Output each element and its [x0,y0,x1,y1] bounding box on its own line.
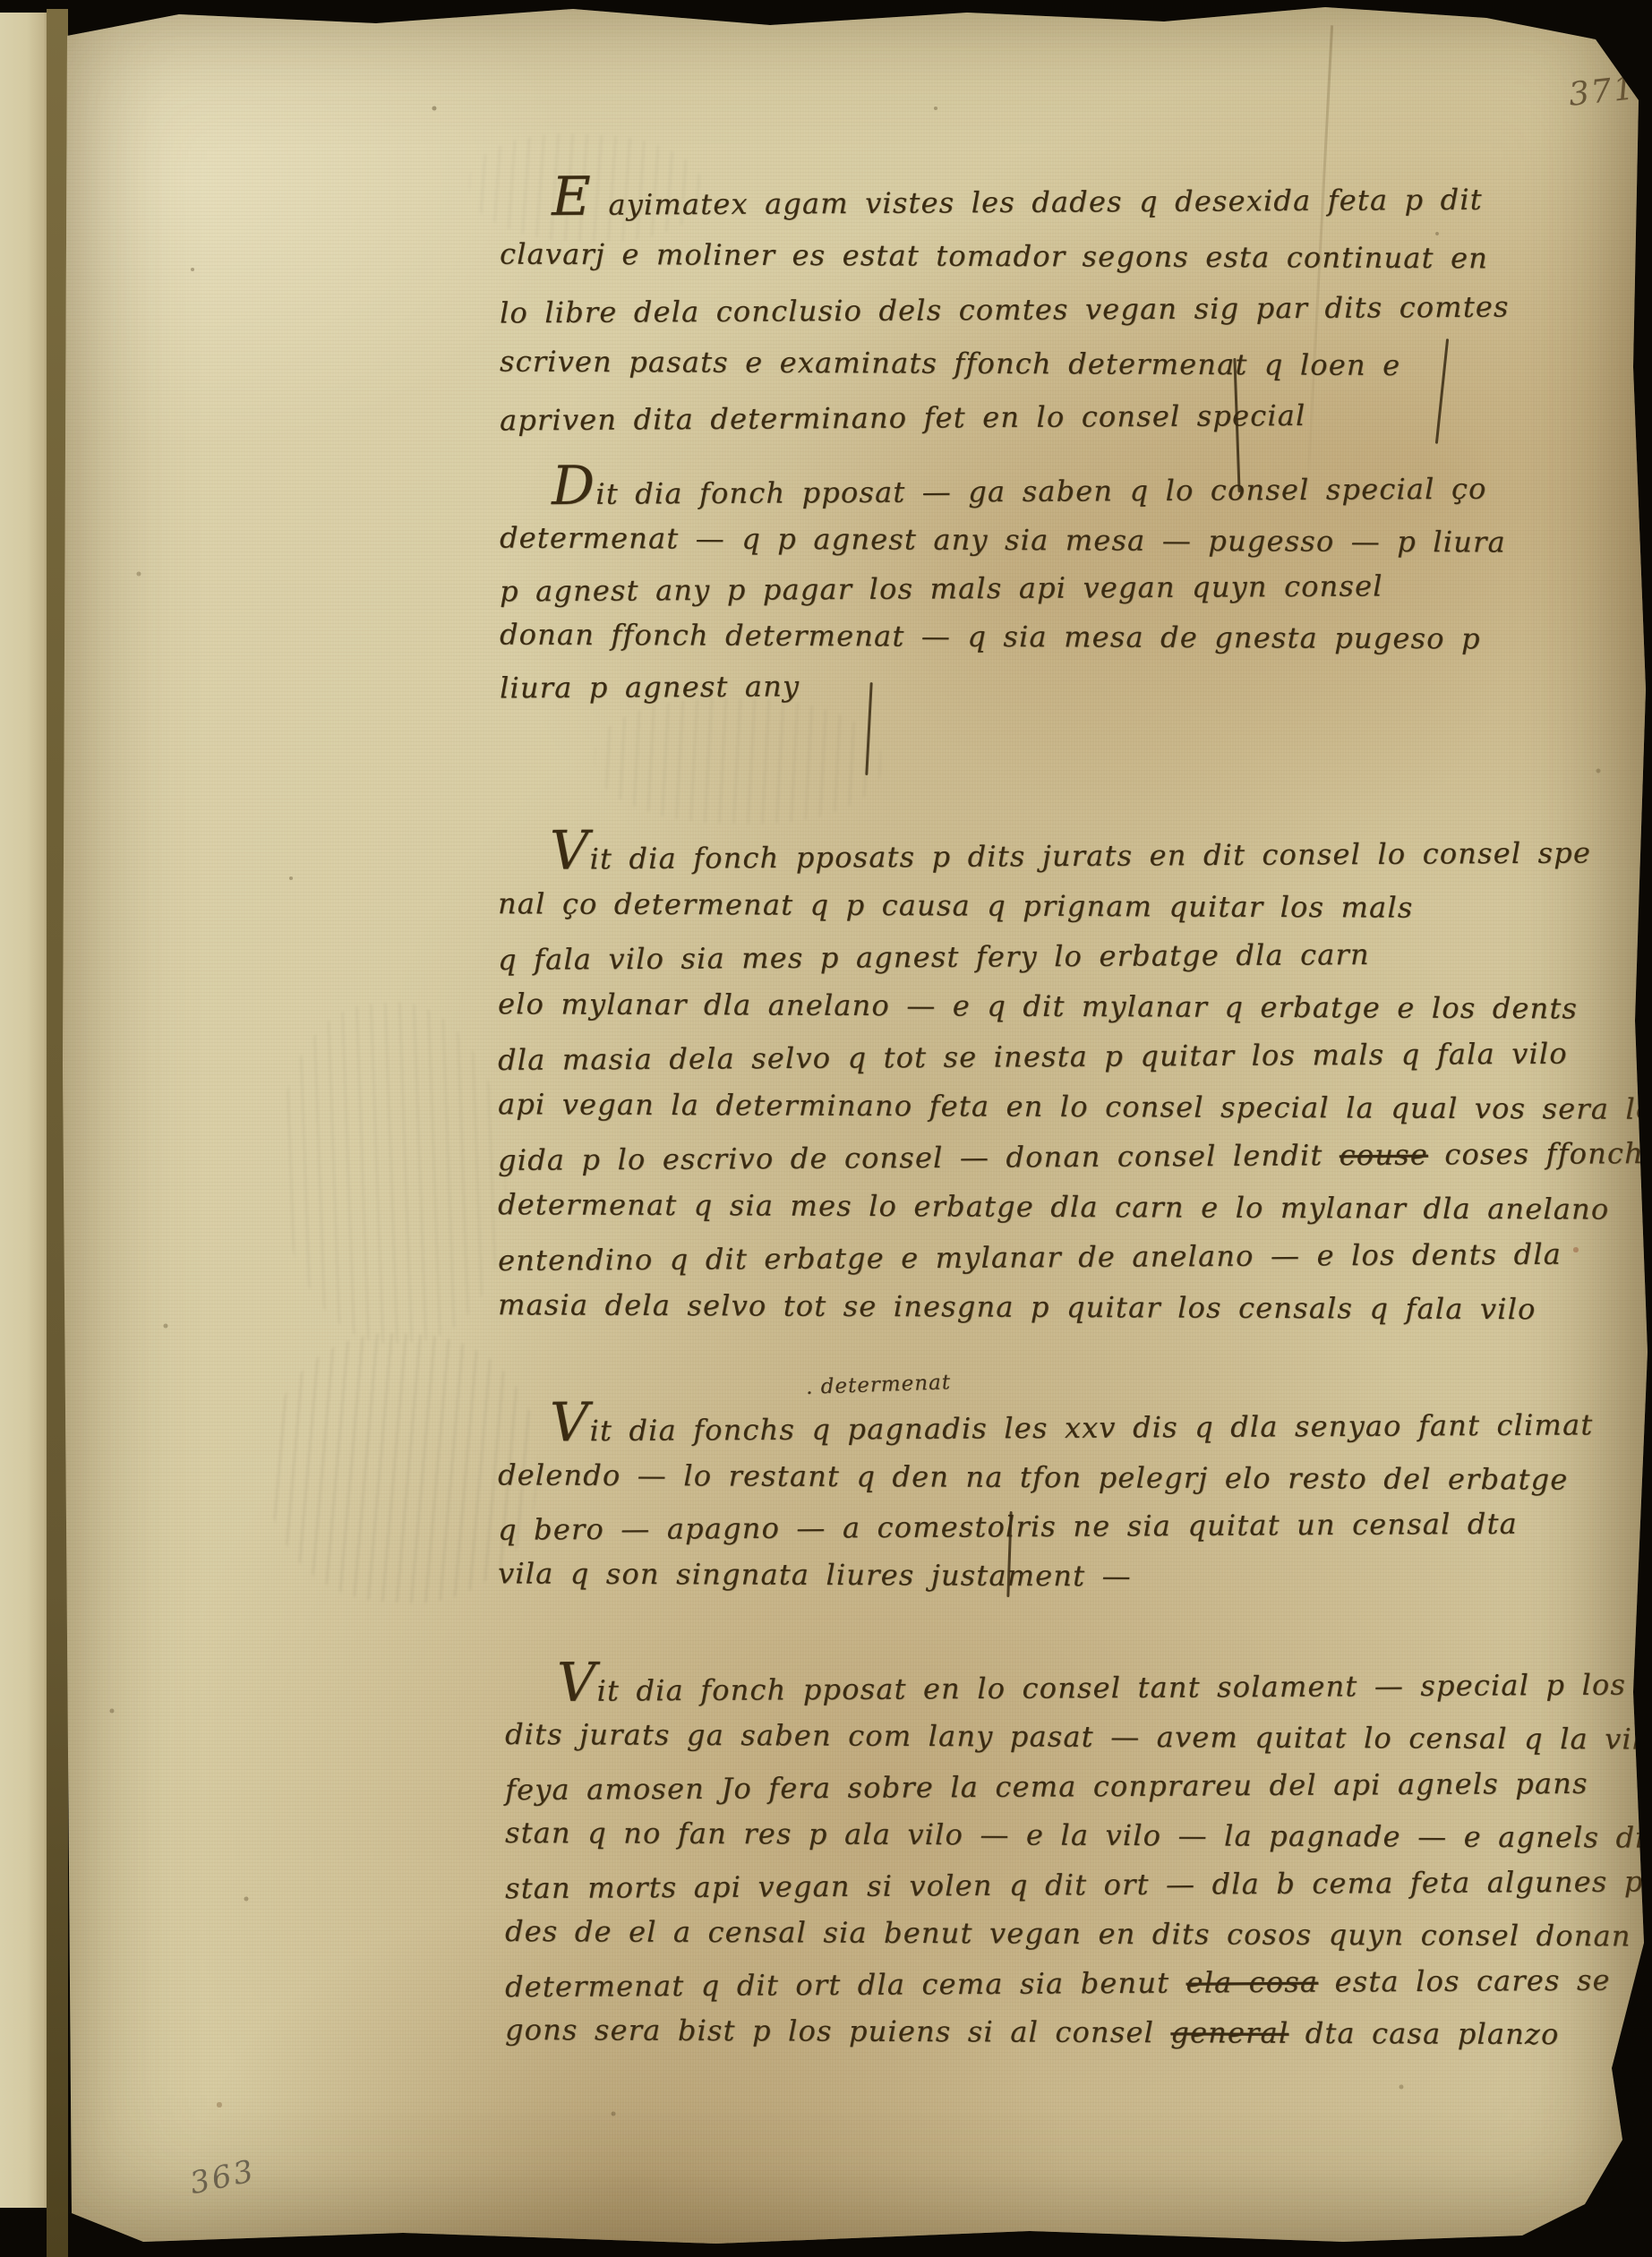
text-line: apriven dita determinano fet en lo conse… [500,388,1510,448]
page-content: 371 E ayimatex agam vistes les dades q d… [57,0,1652,2257]
text-line: api vegan la determinano feta en lo cons… [498,1079,1652,1134]
folio-number: 371 [1567,70,1638,114]
text-line: donan ffonch determenat — q sia mesa de … [500,611,1506,663]
text-line: masia dela selvo tot se inesgna p quitar… [498,1279,1652,1335]
text-line: scriven pasats e examinats ffonch determ… [500,335,1510,393]
paragraph-3: Vit dia fonch pposats p dits jurats en d… [498,831,1652,1332]
text-line: entendino q dit erbatge e mylanar de ane… [498,1228,1652,1286]
text-line-with-strikethrough: gons sera bist p los puiens si al consel… [505,2005,1652,2060]
text-segment: coses ffonch [1428,1136,1644,1171]
paragraph-1: E ayimatex agam vistes les dades q desex… [500,175,1510,444]
paragraph-2: Dit dia fonch pposat — ga saben q lo con… [500,467,1506,709]
struck-word: ela cosa [1186,1965,1318,2000]
text-line-with-strikethrough: gida p lo escrivo de consel — donan cons… [498,1128,1652,1185]
interlinear-correction: . determenat [806,1371,952,1399]
struck-word: couse [1340,1138,1428,1173]
text-line: des de el a censal sia benut vegan en di… [505,1907,1652,1962]
text-line: Vit dia fonch pposat en lo consel tant s… [505,1660,1652,1716]
text-line: determenat — q p agnest any sia mesa — p… [500,514,1506,567]
text-segment: gida p lo escrivo de consel — donan cons… [498,1138,1340,1177]
text-line: dla masia dela selvo q tot se inesta p q… [498,1028,1652,1085]
paragraph-4: Vit dia fonchs q pagnadis les xxv dis q … [498,1404,1593,1601]
text-line: stan q no fan res p ala vilo — e la vilo… [505,1808,1652,1863]
text-line: Vit dia fonch pposats p dits jurats en d… [498,827,1652,885]
text-line: determenat q sia mes lo erbatge dla carn… [498,1179,1652,1235]
text-segment: dta casa planzo [1288,2016,1559,2051]
text-line: clavarj e moliner es estat tomador segon… [500,227,1510,286]
text-line: E ayimatex agam vistes les dades q desex… [500,173,1510,233]
paragraph-5: Vit dia fonch pposat en lo consel tant s… [505,1663,1652,2057]
text-line: feya amosen Jo fera sobre la cema conpra… [505,1758,1652,1815]
manuscript-page: 371 E ayimatex agam vistes les dades q d… [57,0,1652,2257]
text-segment: determenat q dit ort dla cema sia benut [505,1966,1186,2005]
underlying-page-edges [0,13,48,2208]
text-line-with-strikethrough: determenat q dit ort dla cema sia benut … [505,1955,1652,2012]
text-segment: esta los cares se [1318,1963,1611,1999]
pencil-folio-number: 363 [187,2153,260,2201]
text-line: dits jurats ga saben com lany pasat — av… [505,1710,1652,1765]
text-line: elo mylanar dla anelano — e q dit mylana… [498,979,1652,1034]
text-line: delendo — lo restant q den na tfon peleg… [498,1450,1594,1504]
text-line: stan morts api vegan si volen q dit ort … [505,1857,1652,1913]
text-line: p agnest any p pagar los mals api vegan … [500,561,1506,616]
text-line: nal ço determenat q p causa q prignam qu… [498,878,1652,934]
text-line: q bero — apagno — a comestolris ne sia q… [498,1499,1594,1554]
text-line: Vit dia fonchs q pagnadis les xxv dis q … [498,1400,1594,1456]
text-line: lo libre dela conclusio dels comtes vega… [500,280,1510,340]
struck-word: general [1170,2015,1288,2050]
text-line: q fala vilo sia mes p agnest fery lo erb… [498,928,1652,985]
text-line: vila q son singnata liures justament — [498,1549,1594,1603]
text-line: Dit dia fonch pposat — ga saben q lo con… [500,465,1506,519]
foxing-speckles [57,0,59,2]
text-segment: gons sera bist p los puiens si al consel [505,2013,1170,2049]
text-line: liura p agnest any [500,658,1506,713]
